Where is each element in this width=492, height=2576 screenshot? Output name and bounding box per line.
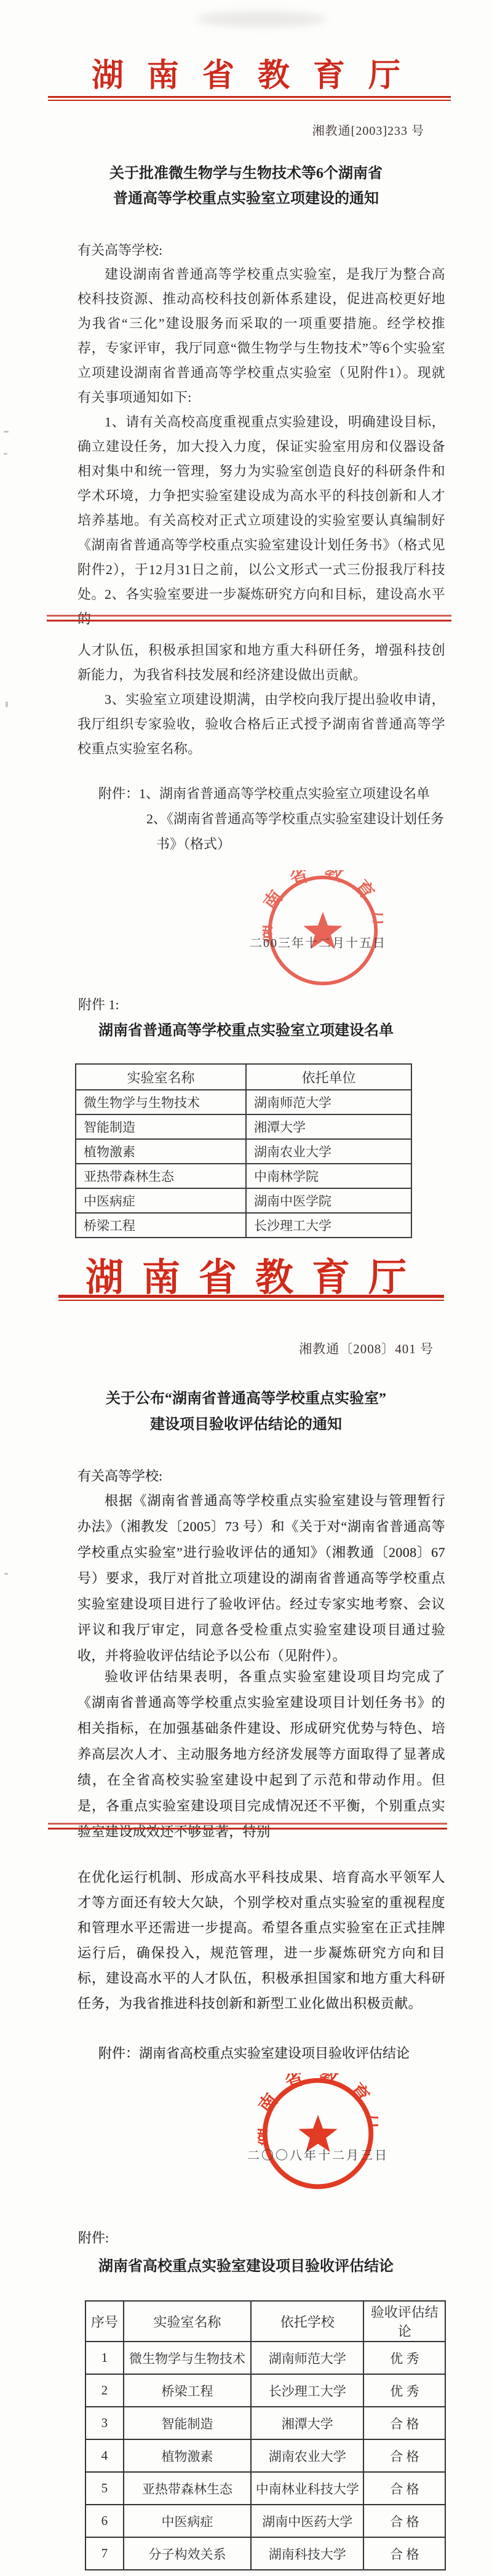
index-cell: 7 <box>85 2537 124 2570</box>
table-row: 智能制造湘潭大学 <box>76 1114 411 1139</box>
index-cell: 3 <box>85 2407 124 2439</box>
table-row: 亚热带森林生态中南林学院 <box>76 1164 411 1188</box>
lab-name-cell: 亚热带森林生态 <box>76 1164 246 1188</box>
result-cell: 合 格 <box>363 2439 445 2472</box>
university-cell: 长沙理工大学 <box>251 2374 363 2407</box>
lab-name-cell: 亚热带森林生态 <box>124 2472 251 2505</box>
attachment-line: 附件：1、湖南省普通高等学校重点实验室立项建设名单 <box>98 783 430 802</box>
university-cell: 湖南科技大学 <box>251 2537 363 2570</box>
lab-name-cell: 中医病症 <box>124 2505 251 2537</box>
paragraph: 验收评估结果表明，各重点实验室建设项目均完成了《湖南省普通高等学校重点实验室建设… <box>77 1664 445 1845</box>
university-cell: 湖南农业大学 <box>246 1139 411 1164</box>
column-header: 实验室名称 <box>124 2301 251 2342</box>
table-row: 5亚热带森林生态中南林业科技大学合 格 <box>85 2472 445 2505</box>
scan-artifact <box>4 453 7 455</box>
index-cell: 1 <box>85 2342 124 2374</box>
table-row: 1微生物学与生物技术湖南师范大学优 秀 <box>85 2342 445 2374</box>
table-row: 7分子构效关系湖南科技大学合 格 <box>85 2537 445 2570</box>
index-cell: 4 <box>85 2439 124 2472</box>
lab-name-cell: 植物激素 <box>124 2439 251 2472</box>
lab-name-cell: 植物激素 <box>76 1139 246 1164</box>
salutation: 有关高等学校: <box>77 1466 162 1485</box>
scan-artifact <box>6 702 8 707</box>
index-cell: 5 <box>85 2472 124 2505</box>
paragraph: 2、各实验室要进一步凝炼研究方向和目标，建设高水平的 <box>77 582 445 631</box>
paragraph: 3、实验室立项建设期满，由学校向我厅提出验收申请，我厅组织专家验收，验收合格后正… <box>77 687 445 761</box>
annex1-table: 实验室名称 依托单位 微生物学与生物技术湖南师范大学 智能制造湘潭大学 植物激素… <box>75 1063 412 1238</box>
document-number: 湘教通[2003]233 号 <box>312 121 424 138</box>
table-row: 6中医病症湖南中医药大学合 格 <box>85 2505 445 2537</box>
university-cell: 湖南师范大学 <box>251 2342 363 2374</box>
column-header: 依托学校 <box>251 2301 363 2342</box>
paragraph: 根据《湖南省普通高等学校重点实验室建设与管理暂行办法》（湘教发〔2005〕73 … <box>77 1488 445 1669</box>
lab-name-cell: 微生物学与生物技术 <box>124 2342 251 2374</box>
university-cell: 湖南中医学院 <box>246 1188 411 1213</box>
university-cell: 湘潭大学 <box>251 2407 363 2439</box>
lab-name-cell: 分子构效关系 <box>124 2537 251 2570</box>
notice-title: 关于公布“湖南省普通高等学校重点实验室” 建设项目验收评估结论的通知 <box>0 1386 492 1438</box>
lab-name-cell: 微生物学与生物技术 <box>76 1090 246 1114</box>
table-header-row: 实验室名称 依托单位 <box>76 1064 411 1090</box>
result-cell: 优 秀 <box>363 2342 445 2374</box>
lab-name-cell: 桥梁工程 <box>124 2374 251 2407</box>
scanned-document-page: 湖南省教育厅 湘教通[2003]233 号 关于批准微生物学与生物技术等6个湖南… <box>0 0 492 2576</box>
page-break-rule <box>47 615 451 617</box>
table-row: 2桥梁工程长沙理工大学优 秀 <box>85 2374 445 2407</box>
letterhead-agency-name: 湖南省教育厅 <box>0 49 492 95</box>
result-cell: 优 秀 <box>363 2374 445 2407</box>
column-header: 序号 <box>85 2301 124 2342</box>
official-seal: 湖南省教育厅 <box>263 870 383 991</box>
table-row: 植物激素湖南农业大学 <box>76 1139 411 1164</box>
annex-label: 附件: <box>78 2228 109 2247</box>
university-cell: 中南林学院 <box>246 1164 411 1188</box>
result-cell: 合 格 <box>363 2407 445 2439</box>
annex-label: 附件 1: <box>78 994 119 1014</box>
column-header: 实验室名称 <box>76 1064 246 1090</box>
annex2-table: 序号 实验室名称 依托学校 验收评估结论 1微生物学与生物技术湖南师范大学优 秀… <box>85 2300 446 2570</box>
document-number: 湘教通〔2008〕401 号 <box>299 1339 434 1358</box>
letterhead-rule <box>48 100 451 101</box>
scan-artifact <box>4 431 9 433</box>
table-row: 微生物学与生物技术湖南师范大学 <box>76 1090 411 1114</box>
attachment-line: 2、《湖南省普通高等学校重点实验室建设计划任务 <box>146 809 444 828</box>
table-header-row: 序号 实验室名称 依托学校 验收评估结论 <box>85 2301 445 2342</box>
result-cell: 合 格 <box>363 2472 445 2505</box>
attachment-line: 书》（格式） <box>156 834 231 853</box>
letterhead-rule <box>58 1300 444 1301</box>
page-break-rule <box>48 1823 447 1825</box>
scan-smudge <box>197 11 326 27</box>
university-cell: 中南林业科技大学 <box>251 2472 363 2505</box>
lab-name-cell: 智能制造 <box>76 1114 246 1139</box>
university-cell: 湖南师范大学 <box>246 1090 411 1114</box>
official-seal: 湖南省教育厅 <box>258 2073 378 2194</box>
result-cell: 合 格 <box>363 2537 445 2570</box>
column-header: 依托单位 <box>246 1064 411 1090</box>
paragraph: 建设湖南省普通高等学校重点实验室，是我厅为整合高校科技资源、推动高校科技创新体系… <box>77 262 445 410</box>
letterhead-agency-name: 湖南省教育厅 <box>0 1247 492 1302</box>
paragraph: 在优化运行机制、形成高水平科技成果、培育高水平领军人才等方面还有较大欠缺，个别学… <box>77 1865 445 2016</box>
issue-date: 二00三年十二月十五日 <box>232 933 404 951</box>
attachment-line: 附件：湖南省高校重点实验室建设项目验收评估结论 <box>98 2043 410 2062</box>
university-cell: 湖南中医药大学 <box>251 2505 363 2537</box>
table-row: 桥梁工程长沙理工大学 <box>76 1213 411 1238</box>
table-row: 中医病症湖南中医学院 <box>76 1188 411 1213</box>
table-row: 4植物激素湖南农业大学合 格 <box>85 2439 445 2472</box>
lab-name-cell: 智能制造 <box>124 2407 251 2439</box>
letterhead-rule <box>48 96 451 98</box>
lab-name-cell: 中医病症 <box>76 1188 246 1213</box>
index-cell: 2 <box>85 2374 124 2407</box>
annex-title: 湖南省普通高等学校重点实验室立项建设名单 <box>0 1018 492 1039</box>
page-break-rule <box>48 1828 447 1830</box>
issue-date: 二〇〇八年十二月三日 <box>232 2145 404 2163</box>
notice-title: 关于批准微生物学与生物技术等6个湖南省 普通高等学校重点实验室立项建设的通知 <box>0 161 492 212</box>
index-cell: 6 <box>85 2505 124 2537</box>
table-row: 3智能制造湘潭大学合 格 <box>85 2407 445 2439</box>
paragraph: 人才队伍，积极承担国家和地方重大科研任务，增强科技创新能力，为我省科技发展和经济… <box>77 638 445 687</box>
annex-title: 湖南省高校重点实验室建设项目验收评估结论 <box>0 2254 492 2275</box>
lab-name-cell: 桥梁工程 <box>76 1213 246 1238</box>
university-cell: 长沙理工大学 <box>246 1213 411 1238</box>
university-cell: 湘潭大学 <box>246 1114 411 1139</box>
page-break-rule <box>47 620 451 622</box>
paragraph: 1、请有关高校高度重视重点实验建设，明确建设目标，确立建设任务，加大投入力度，保… <box>77 410 445 607</box>
column-header: 验收评估结论 <box>363 2301 445 2342</box>
scan-artifact <box>4 1573 8 1575</box>
result-cell: 合 格 <box>363 2505 445 2537</box>
salutation: 有关高等学校: <box>77 240 162 259</box>
university-cell: 湖南农业大学 <box>251 2439 363 2472</box>
letterhead-rule <box>58 1295 444 1298</box>
